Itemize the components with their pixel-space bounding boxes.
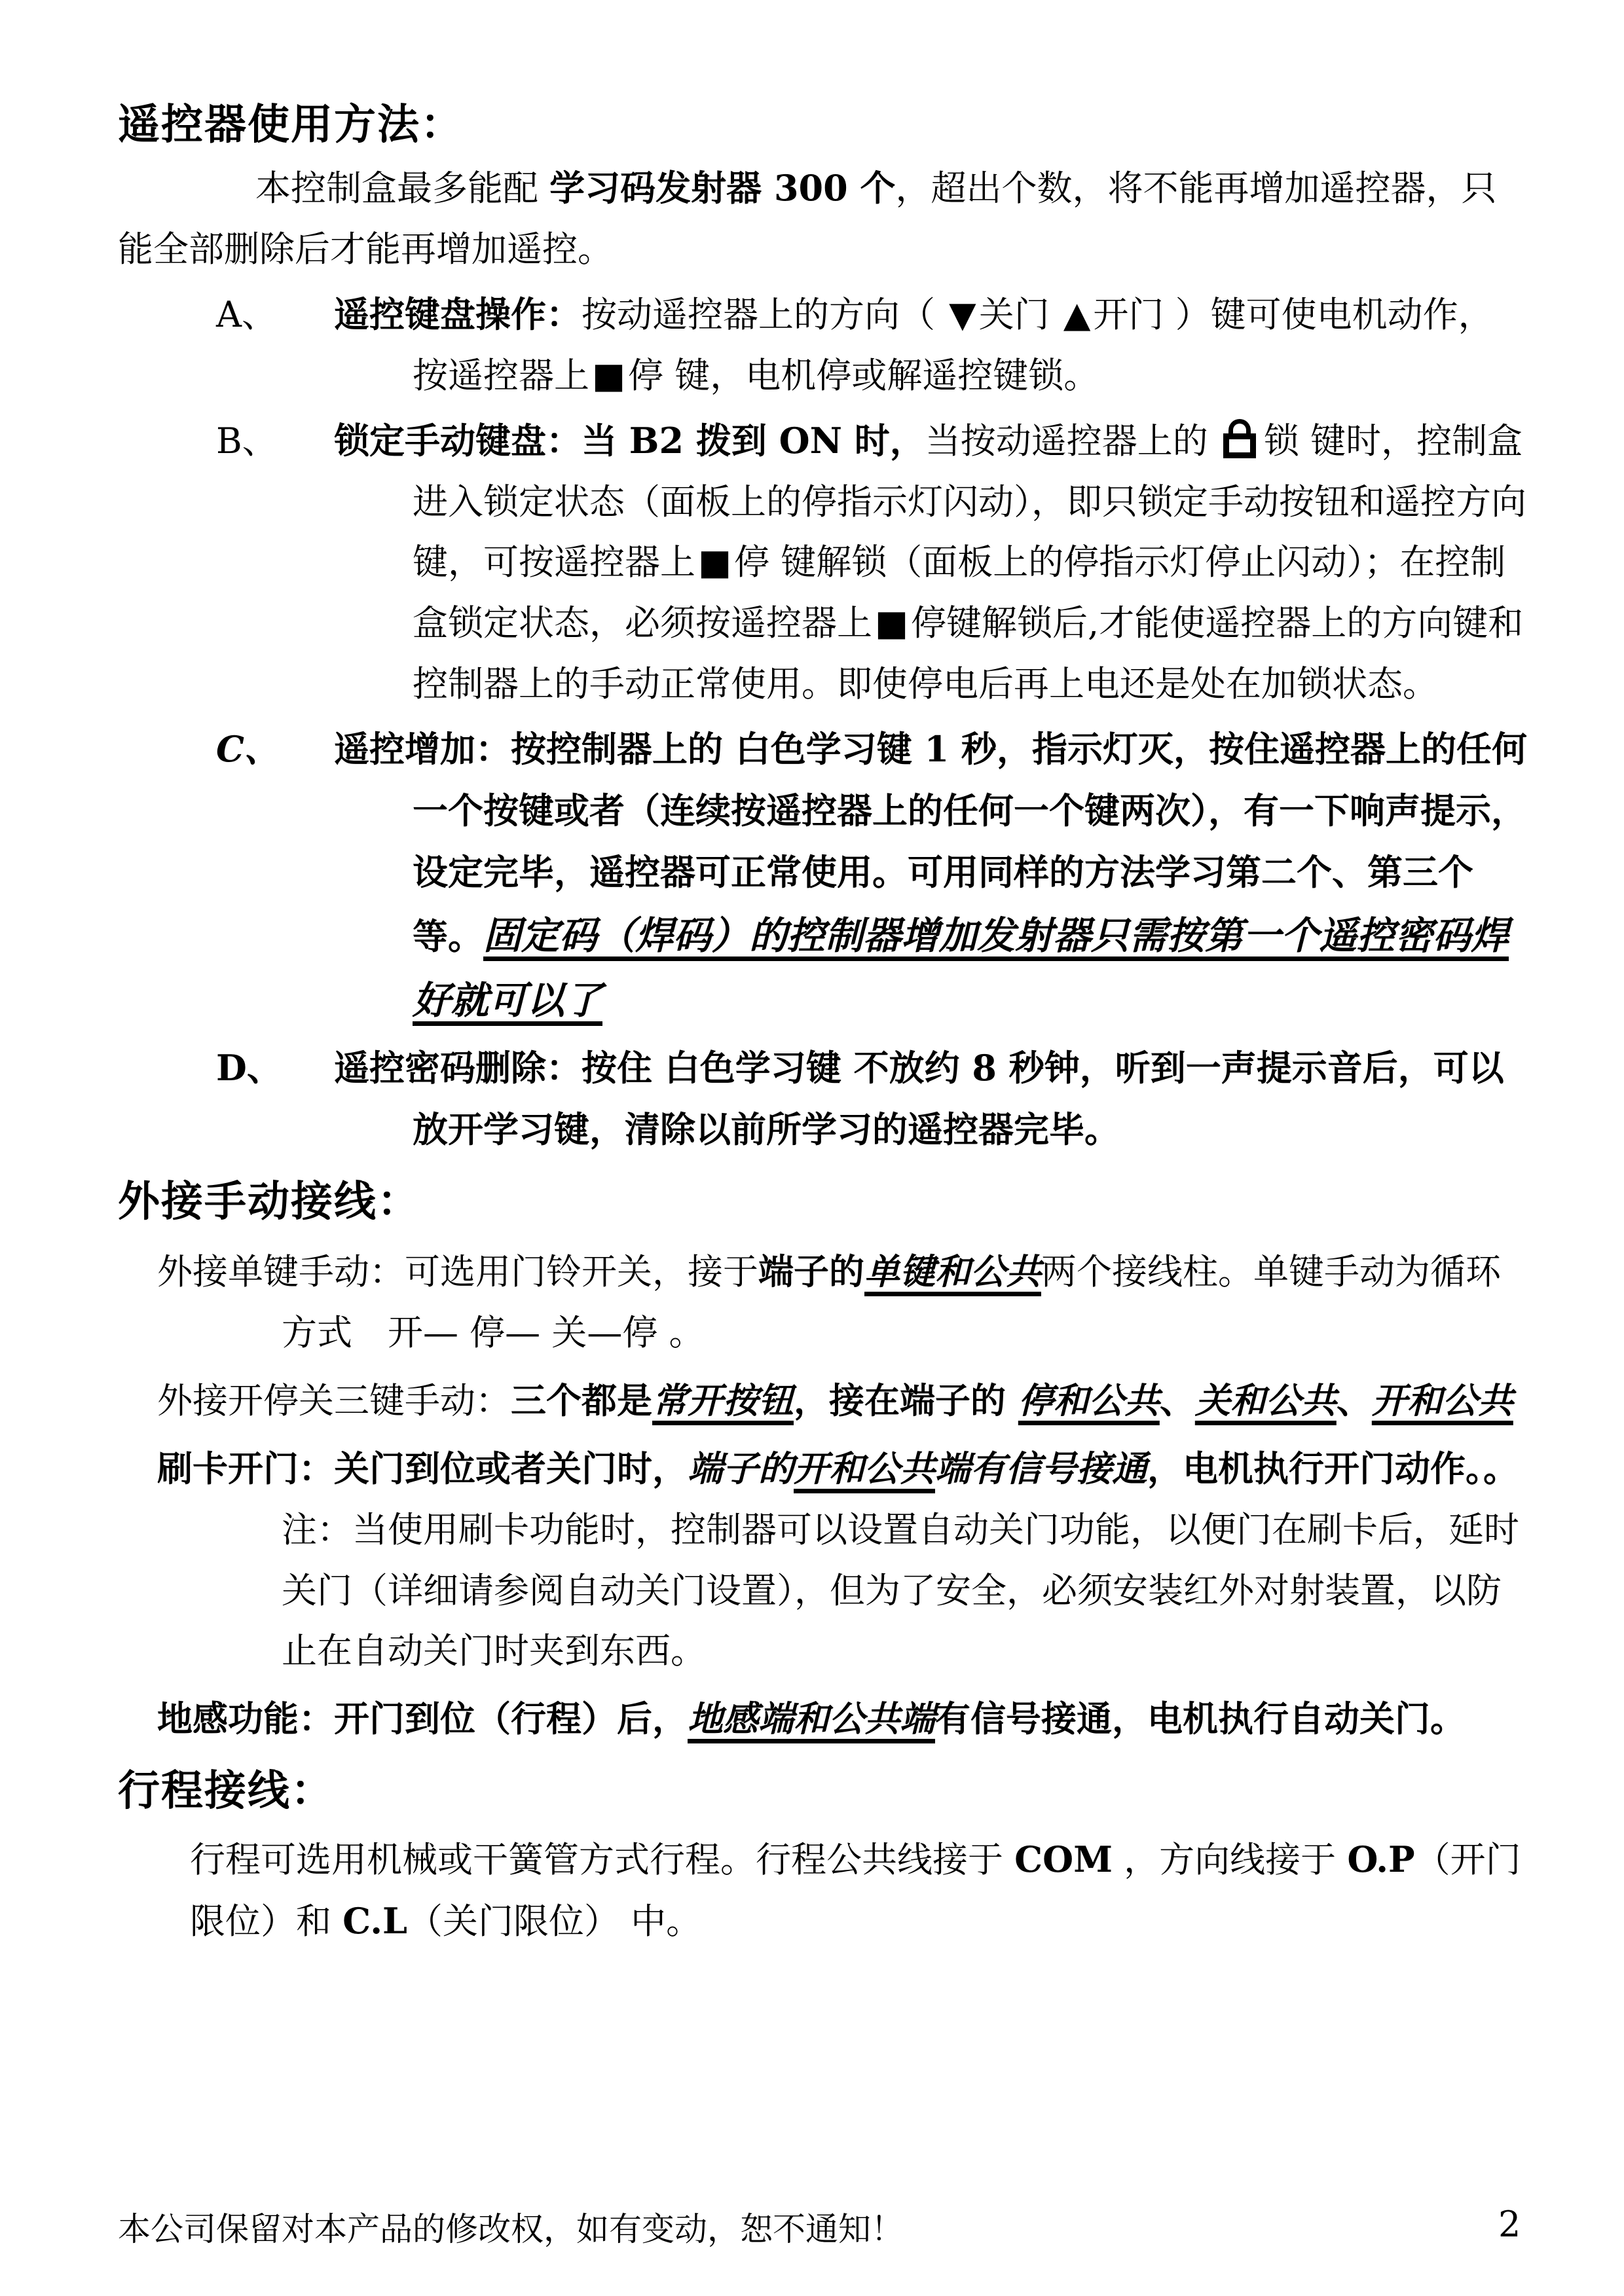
text-run: C.L xyxy=(342,1900,407,1942)
text-run: 遥控增加： xyxy=(334,728,511,770)
para-three-key-manual: 外接开停关三键手动：三个都是常开按钮，接在端子的 停和公共、关和公共、开和公共 xyxy=(282,1370,1527,1432)
text-run: 锁定手动键盘：当 B2 拨到 ON 时， xyxy=(334,420,925,462)
text-run: O.P xyxy=(1347,1838,1414,1880)
page-number: 2 xyxy=(1498,2195,1521,2255)
text-run: 、 xyxy=(1160,1379,1195,1421)
heading-limit-wiring: 行程接线： xyxy=(118,1759,1527,1824)
list-item-d: D、遥控密码删除：按住 白色学习键 不放约 8 秒钟，听到一声提示音后，可以放开… xyxy=(413,1038,1527,1161)
document-page: 遥控器使用方法：本控制盒最多能配 学习码发射器 300 个，超出个数，将不能再增… xyxy=(0,0,1624,2296)
text-run: 单键和公共 xyxy=(864,1250,1041,1292)
text-run: 固定码（焊码）的控制器增加发射器只需按第一个遥控密码焊好就可以了 xyxy=(413,913,1509,1023)
text-run: 遥控器使用方法： xyxy=(118,101,464,149)
text-run: 关和公共 xyxy=(1195,1379,1337,1421)
text-run: 地感功能：开门到位（行程）后， xyxy=(157,1698,688,1740)
text-run: 学习码发射器 300 个 xyxy=(549,167,895,209)
text-run: 端子的 xyxy=(688,1448,794,1489)
text-run: ，电机执行开门动作。。 xyxy=(1147,1448,1519,1489)
text-run: 行程可选用机械或干簧管方式行程。行程公共线接于 xyxy=(190,1839,1014,1880)
text-run: （关门限位） 中。 xyxy=(407,1901,701,1942)
heading-external-manual-wiring: 外接手动接线： xyxy=(118,1170,1527,1235)
stop-square-icon: ■ xyxy=(872,602,911,644)
list-marker: C、 xyxy=(216,719,334,780)
text-run: 有信号接通，电机执行自动关门。 xyxy=(935,1698,1466,1740)
page-title: 遥控器使用方法： xyxy=(118,93,1527,158)
text-run: ，方向线接于 xyxy=(1113,1839,1347,1880)
text-run: 端有信号接通 xyxy=(935,1448,1147,1489)
open-door-triangle-icon: ▲ xyxy=(1061,294,1094,335)
text-run: 端子的 xyxy=(758,1250,864,1292)
text-run: 外接手动接线： xyxy=(118,1178,420,1226)
text-run: 停 键，电机停或解遥控键锁。 xyxy=(628,355,1099,396)
text-run: 当按动遥控器上的 xyxy=(925,420,1219,462)
text-run: 刷卡开门：关门到位或者关门时， xyxy=(157,1448,688,1489)
text-run: 常开按钮 xyxy=(652,1379,794,1421)
intro-paragraph: 本控制盒最多能配 学习码发射器 300 个，超出个数，将不能再增加遥控器，只能全… xyxy=(118,158,1527,280)
para-single-key-manual: 外接单键手动：可选用门铃开关，接于端子的单键和公共两个接线柱。单键手动为循环方式… xyxy=(282,1241,1527,1364)
text-run: 外接单键手动：可选用门铃开关，接于 xyxy=(157,1251,758,1292)
text-run: 开和公共 xyxy=(794,1448,935,1489)
text-run: 按动遥控器上的方向（ xyxy=(581,294,946,335)
list-marker: A、 xyxy=(216,285,334,346)
lock-icon xyxy=(1222,419,1259,458)
text-run: 外接开停关三键手动： xyxy=(157,1380,511,1421)
para-card-swipe-open: 刷卡开门：关门到位或者关门时，端子的开和公共端有信号接通，电机执行开门动作。。注… xyxy=(282,1438,1527,1683)
para-limit-wiring: 行程可选用机械或干簧管方式行程。行程公共线接于 COM ，方向线接于 O.P（开… xyxy=(190,1829,1527,1952)
para-ground-sensor: 地感功能：开门到位（行程）后，地感端和公共端有信号接通，电机执行自动关门。 xyxy=(282,1688,1527,1750)
document-body: 遥控器使用方法：本控制盒最多能配 学习码发射器 300 个，超出个数，将不能再增… xyxy=(118,84,1527,1952)
text-run: COM xyxy=(1014,1838,1113,1880)
list-item-c: C、遥控增加：按控制器上的 白色学习键 1 秒，指示灯灭，按住遥控器上的任何一个… xyxy=(413,719,1527,1034)
list-marker: D、 xyxy=(216,1038,334,1099)
list-item-b: B、锁定手动键盘：当 B2 拨到 ON 时，当按动遥控器上的 锁 键时，控制盒进… xyxy=(413,410,1527,715)
text-run: 地感端和公共端 xyxy=(688,1698,935,1740)
text-run: 开和公共 xyxy=(1372,1379,1513,1421)
text-run: 遥控密码删除： xyxy=(334,1047,581,1089)
text-run: 关门 xyxy=(979,294,1061,335)
close-door-triangle-icon: ▼ xyxy=(946,294,979,335)
text-run: 三个都是 xyxy=(511,1379,652,1421)
text-run: 、 xyxy=(1337,1379,1372,1421)
text-run: ，接在端子的 xyxy=(794,1379,1018,1421)
text-run: 注：当使用刷卡功能时，控制器可以设置自动关门功能，以便门在刷卡后，延时关门（详细… xyxy=(282,1509,1519,1672)
list-marker: B、 xyxy=(216,411,334,472)
stop-square-icon: ■ xyxy=(589,355,628,396)
list-item-a: A、遥控键盘操作：按动遥控器上的方向（ ▼关门 ▲开门 ）键可使电机动作，按遥控… xyxy=(413,284,1527,407)
text-run: 行程接线： xyxy=(118,1767,334,1815)
text-run: 遥控键盘操作： xyxy=(334,293,581,335)
footer-note: 本公司保留对本产品的修改权，如有变动，恕不通知！ xyxy=(118,2201,904,2257)
stop-square-icon: ■ xyxy=(695,541,734,583)
text-run: 停和公共 xyxy=(1018,1379,1160,1421)
text-run: 本控制盒最多能配 xyxy=(255,168,549,209)
